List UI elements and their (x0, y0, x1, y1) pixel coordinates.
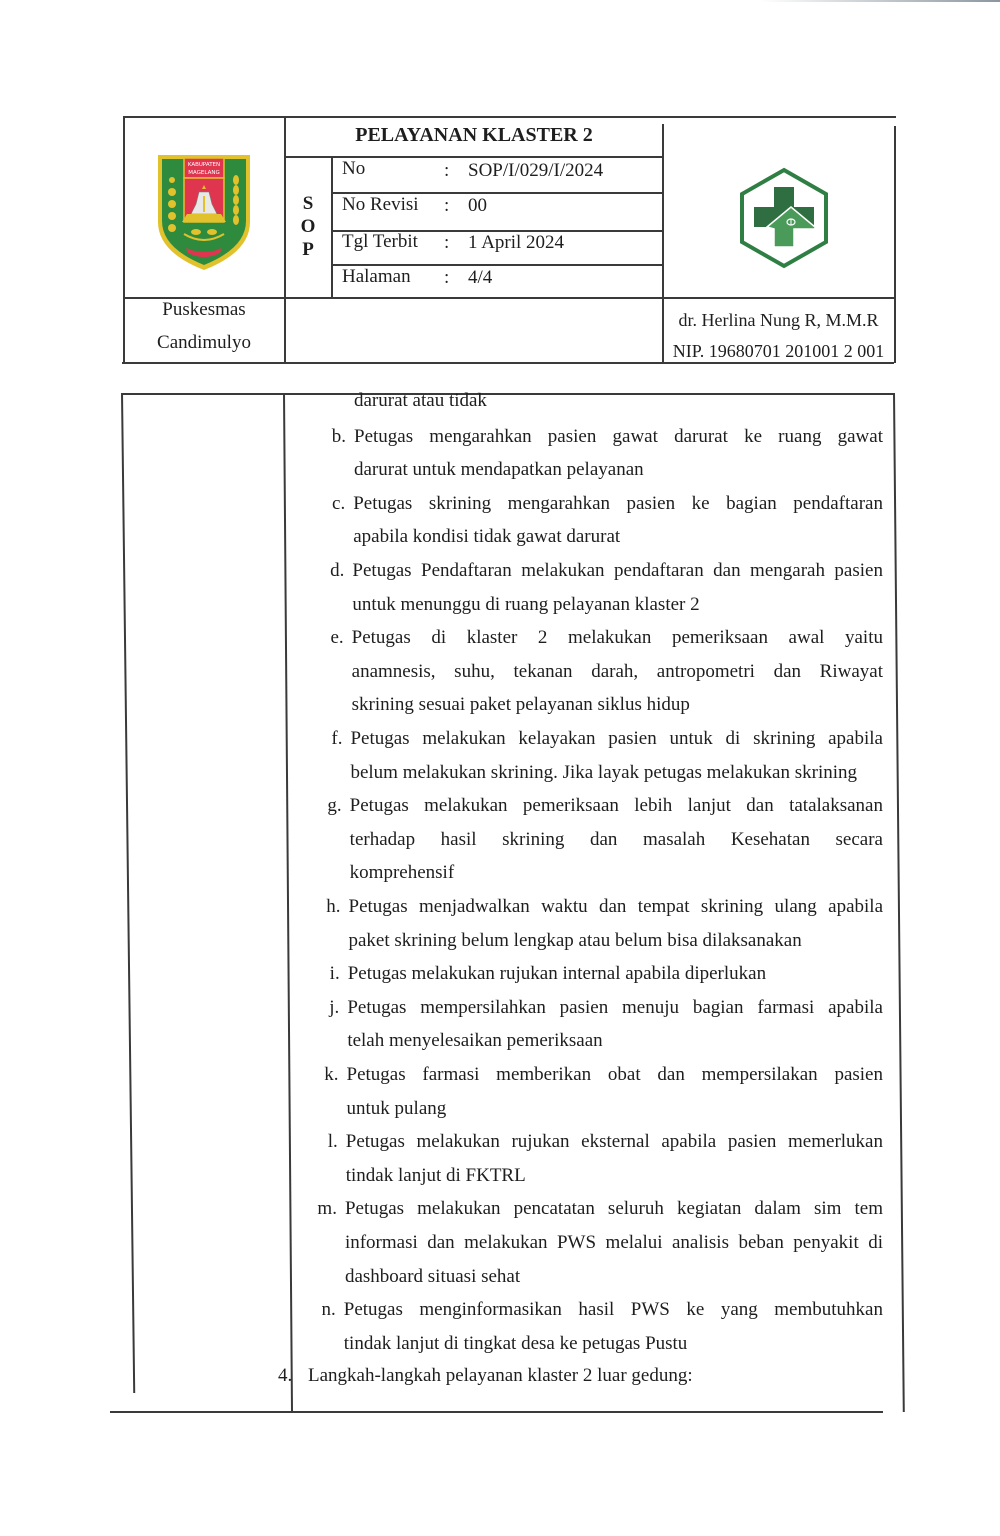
body-bottom-border (110, 1411, 883, 1413)
list-item-text: tindak lanjut di tingkat desa ke petugas… (344, 1333, 688, 1355)
field-label: Tgl Terbit (342, 231, 418, 253)
header-bottom-border (122, 362, 894, 364)
institution-name-line2: Candimulyo (124, 332, 284, 354)
puskesmas-logo-icon (738, 167, 830, 269)
list-item-text: Petugas di klaster 2 melakukan pemeriksa… (352, 627, 883, 649)
list-marker: l. (308, 1131, 338, 1153)
body-col-divider (283, 393, 293, 1412)
sop-letter: P (298, 238, 318, 261)
list-item-text: Petugas melakukan rujukan internal apabi… (348, 963, 766, 985)
list-item-text: terhadap hasil skrining dan masalah Kese… (350, 829, 883, 851)
list-marker: k. (309, 1064, 339, 1086)
kabupaten-magelang-crest-icon: KABUPATEN MAGELANG (154, 152, 254, 272)
list-item-text: Petugas farmasi memberikan obat dan memp… (347, 1064, 883, 1086)
list-item-text: Petugas melakukan rujukan eksternal apab… (346, 1131, 883, 1153)
field-label: Halaman (342, 266, 411, 288)
list-marker: c. (315, 493, 345, 515)
signer-name: dr. Herlina Nung R, M.M.R (663, 309, 894, 331)
list-item-text: Petugas melakukan kelayakan pasien untuk… (350, 728, 883, 750)
sop-letter: O (298, 215, 318, 238)
list-marker: g. (312, 795, 342, 817)
list-item-text: darurat untuk mendapatkan pelayanan (354, 459, 644, 481)
field-value: SOP/I/029/I/2024 (468, 160, 603, 182)
list-item-text: Petugas mempersilahkan pasien menuju bag… (347, 997, 883, 1019)
body-right-border (893, 393, 904, 1412)
list-marker: f. (312, 728, 342, 750)
list-item-text: apabila kondisi tidak gawat darurat (353, 526, 620, 548)
field-separator: : (444, 232, 449, 254)
list-item-text: Petugas melakukan pemeriksaan lebih lanj… (350, 795, 883, 817)
sop-letter: S (298, 192, 318, 215)
list-item-text: Petugas mengarahkan pasien gawat darurat… (354, 426, 883, 448)
field-label: No (342, 158, 365, 180)
body-left-border (121, 393, 135, 1393)
list-marker: m. (307, 1198, 337, 1220)
header-left-border (123, 116, 125, 363)
list-item-text: komprehensif (350, 862, 454, 884)
field-label: No Revisi (342, 194, 419, 216)
svg-text:MAGELANG: MAGELANG (188, 170, 219, 176)
list-marker: h. (311, 896, 341, 918)
svg-text:KABUPATEN: KABUPATEN (188, 162, 220, 168)
list-marker: j. (309, 997, 339, 1019)
list-item-text: skrining sesuai paket pelayanan siklus h… (352, 694, 690, 716)
list-marker: i. (310, 963, 340, 985)
list-item-text: informasi dan melakukan PWS melalui anal… (345, 1232, 883, 1254)
list-item-text: untuk pulang (347, 1098, 447, 1120)
section-number: 4. (278, 1365, 292, 1387)
header-col-divider-1 (284, 116, 286, 363)
field-separator: : (444, 267, 449, 289)
list-marker: d. (314, 560, 344, 582)
list-item-text: untuk menunggu di ruang pelayanan klaste… (352, 594, 699, 616)
header-top-border (124, 116, 896, 118)
list-item-text: Petugas menjadwalkan waktu dan tempat sk… (349, 896, 884, 918)
list-item-text: Petugas skrining mengarahkan pasien ke b… (353, 493, 883, 515)
field-separator: : (444, 195, 449, 217)
field-value: 1 April 2024 (468, 232, 564, 254)
list-item-text: Petugas Pendaftaran melakukan pendaftara… (352, 560, 883, 582)
sop-col-divider (331, 156, 333, 297)
field-value: 00 (468, 195, 487, 217)
field-value: 4/4 (468, 267, 492, 289)
continuation-text: darurat atau tidak (354, 390, 487, 412)
list-marker: b. (316, 426, 346, 448)
body-top-border (122, 393, 894, 395)
scan-edge (760, 0, 1000, 2)
list-item-text: belum melakukan skrining. Jika layak pet… (350, 762, 857, 784)
field-separator: : (444, 160, 449, 182)
list-marker: n. (306, 1299, 336, 1321)
list-item-text: tindak lanjut di FKTRL (346, 1165, 526, 1187)
section-title: Langkah-langkah pelayanan klaster 2 luar… (308, 1365, 693, 1387)
list-item-text: anamnesis, suhu, tekanan darah, antropom… (352, 661, 883, 683)
list-item-text: Petugas menginformasikan hasil PWS ke ya… (344, 1299, 883, 1321)
signer-nip: NIP. 19680701 201001 2 001 (663, 340, 894, 362)
list-item-text: dashboard situasi sehat (345, 1266, 520, 1288)
institution-name-line1: Puskesmas (124, 299, 284, 321)
document-title: PELAYANAN KLASTER 2 (285, 124, 663, 146)
list-item-text: Petugas melakukan pencatatan seluruh keg… (345, 1198, 883, 1220)
list-item-text: telah menyelesaikan pemeriksaan (347, 1030, 602, 1052)
sop-vertical-label: S O P (298, 192, 318, 261)
list-marker: e. (314, 627, 344, 649)
header-right-border (894, 126, 896, 363)
list-item-text: paket skrining belum lengkap atau belum … (349, 930, 802, 952)
